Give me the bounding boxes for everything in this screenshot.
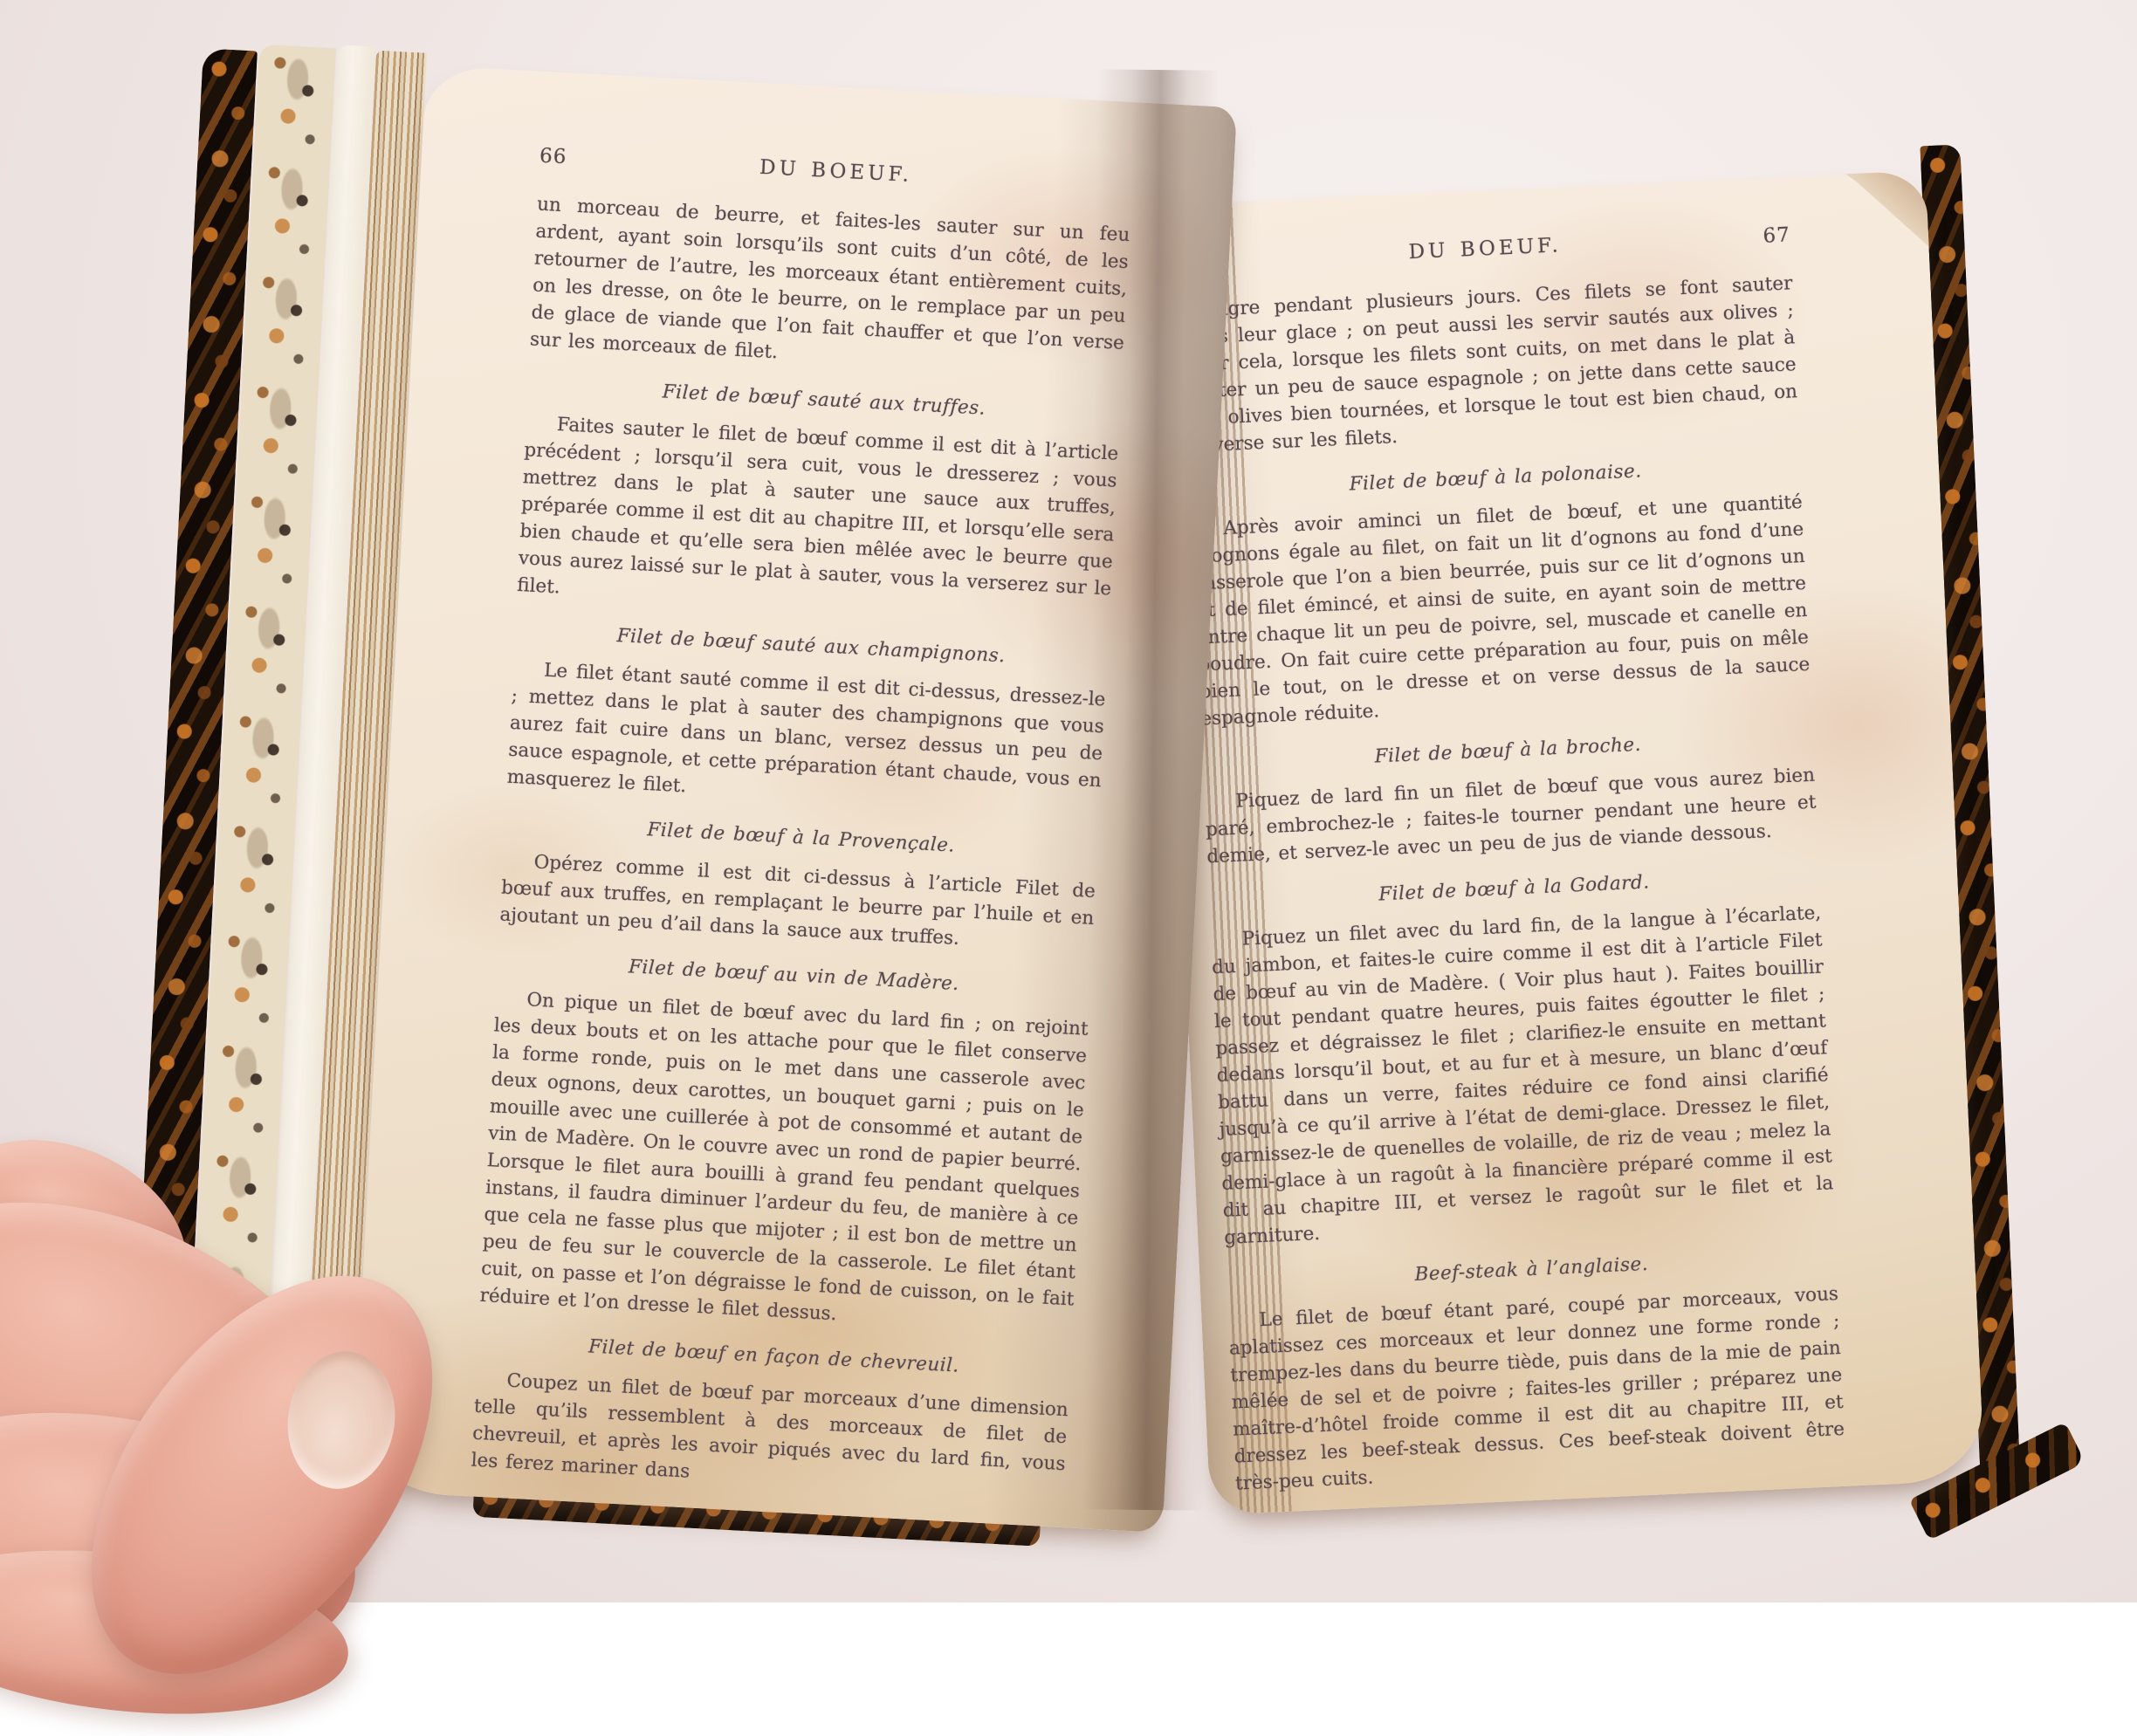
right-running-head: DU BOEUF. 67 [1179,222,1791,277]
page-number: 67 [1729,222,1790,251]
head-spacer [1072,190,1132,194]
page-number: 66 [539,143,601,174]
running-header: DU BOEUF. [1240,224,1731,273]
photo-background: DU BOEUF. 67 vinaigre pendant plusieurs … [0,0,2137,1602]
paragraph: Opérez comme il est dit ci-dessus à l’ar… [499,847,1096,959]
running-header: DU BOEUF. [599,146,1073,197]
paragraph: Piquez de lard fin un filet de bœuf que … [1204,762,1817,871]
paragraph: un morceau de beurre, et faites-les saut… [529,191,1130,384]
paragraph: Le filet étant sauté comme il est dit ci… [506,655,1106,821]
paragraph: Piquez un filet avec du lard fin, de la … [1210,899,1835,1251]
paragraph: Coupez un filet de bœuf par morceaux d’u… [471,1366,1069,1505]
left-running-head: 66 DU BOEUF. [539,143,1133,202]
paragraph: vinaigre pendant plusieurs jours. Ces fi… [1181,270,1799,460]
left-page-assembly: 66 DU BOEUF. un morceau de beurre, et fa… [97,17,1256,1574]
right-page: DU BOEUF. 67 vinaigre pendant plusieurs … [1151,170,1985,1515]
paragraph: On pique un filet de bœuf avec du lard f… [479,985,1089,1340]
paragraph: Faites sauter le filet de bœuf comme il … [517,409,1119,629]
paragraph: Après avoir aminci un filet de bœuf, et … [1192,489,1812,732]
right-page-assembly: DU BOEUF. 67 vinaigre pendant plusieurs … [1139,97,2102,1568]
finger [0,1530,356,1602]
left-page: 66 DU BOEUF. un morceau de beurre, et fa… [352,65,1237,1533]
page-corner-fold [1844,170,1932,263]
paragraph: Le filet de bœuf étant paré, coupé par m… [1227,1280,1846,1498]
